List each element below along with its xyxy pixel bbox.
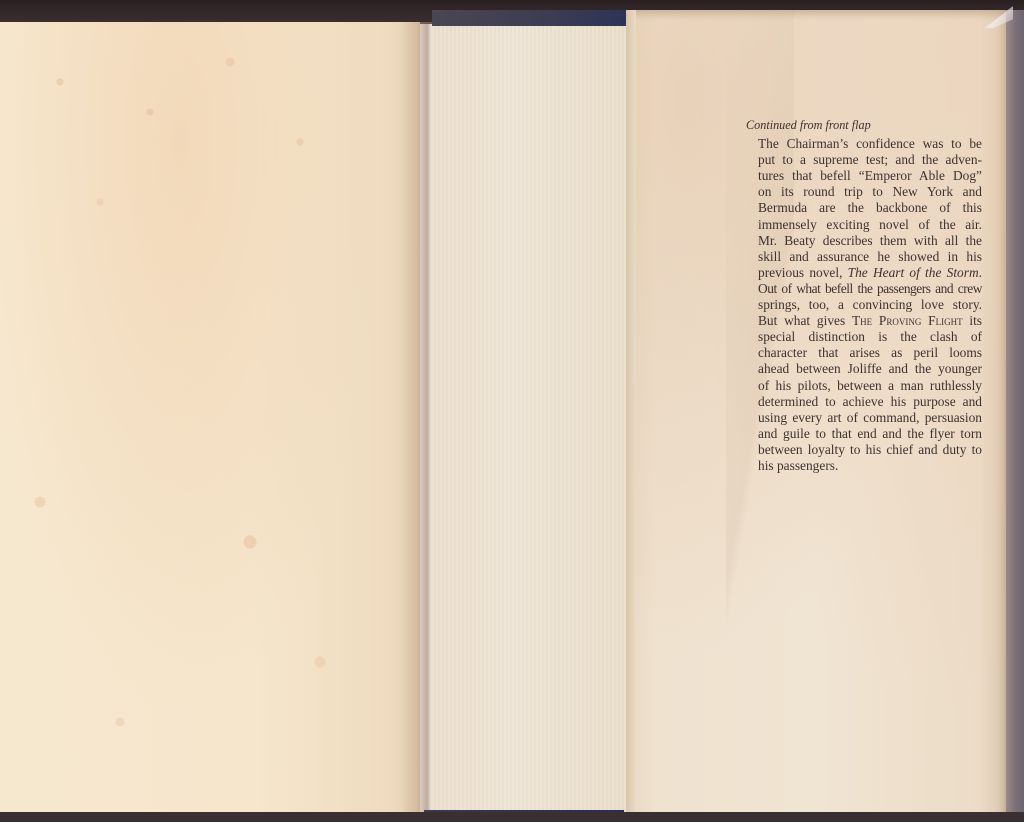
blurb-line: ahead between Joliffe and the younger — [746, 361, 982, 377]
blurb-line: his passengers. — [746, 458, 982, 474]
blurb-line: put to a supreme test; and the adven- — [746, 152, 982, 168]
book-title: The Proving Flight — [852, 313, 963, 328]
scan-background-bottom — [0, 812, 1024, 822]
blurb-line: determined to achieve his purpose and — [746, 394, 982, 410]
blurb-line-previous-novel: previous novel, The Heart of the Storm. — [746, 265, 982, 281]
blurb-line: skill and assurance he showed in his — [746, 249, 982, 265]
blurb-line: tures that befell “Emperor Able Dog” — [746, 168, 982, 184]
flap-fold-edge — [626, 10, 636, 822]
previous-novel-title: The Heart of the Storm — [848, 265, 979, 280]
blurb-line: and guile to that end and the flyer torn — [746, 426, 982, 442]
hinge-shadow — [400, 22, 432, 813]
flap-paragraph: The Chairman’s confidence was to be put … — [746, 136, 982, 474]
blurb-line-book-title: But what gives The Proving Flight its — [746, 313, 982, 329]
spine-cloth-top — [432, 10, 634, 27]
blurb-line: of his pilots, between a man ruthlessly — [746, 378, 982, 394]
blurb-line: Mr. Beaty describes them with all the — [746, 233, 982, 249]
blurb-line: The Chairman’s confidence was to be — [746, 136, 982, 152]
flap-blurb: Continued from front flap The Chairman’s… — [746, 117, 982, 474]
left-endpaper — [0, 22, 420, 813]
blurb-text: its — [963, 313, 982, 328]
spine-pastedown-strip — [432, 26, 632, 812]
blurb-text: . — [979, 265, 982, 280]
scan-margin-bottom — [0, 822, 1024, 833]
blurb-line: character that arises as peril looms — [746, 345, 982, 361]
blurb-line: Out of what befell the passengers and cr… — [746, 281, 982, 297]
flap-caption: Continued from front flap — [746, 117, 982, 133]
blurb-line: between loyalty to his chief and duty to — [746, 442, 982, 458]
blurb-line: immensely exciting novel of the air. — [746, 217, 982, 233]
blurb-text: previous novel, — [758, 265, 848, 280]
blurb-line: springs, too, a convincing love story. — [746, 297, 982, 313]
book-scan: Continued from front flap The Chairman’s… — [0, 0, 1024, 833]
blurb-line: Bermuda are the backbone of this — [746, 200, 982, 216]
blurb-text: But what gives — [758, 313, 852, 328]
blurb-line: on its round trip to New York and — [746, 184, 982, 200]
blurb-line: special distinction is the clash of — [746, 329, 982, 345]
board-right-edge — [1006, 10, 1024, 822]
blurb-line: using every art of command, persuasion — [746, 410, 982, 426]
